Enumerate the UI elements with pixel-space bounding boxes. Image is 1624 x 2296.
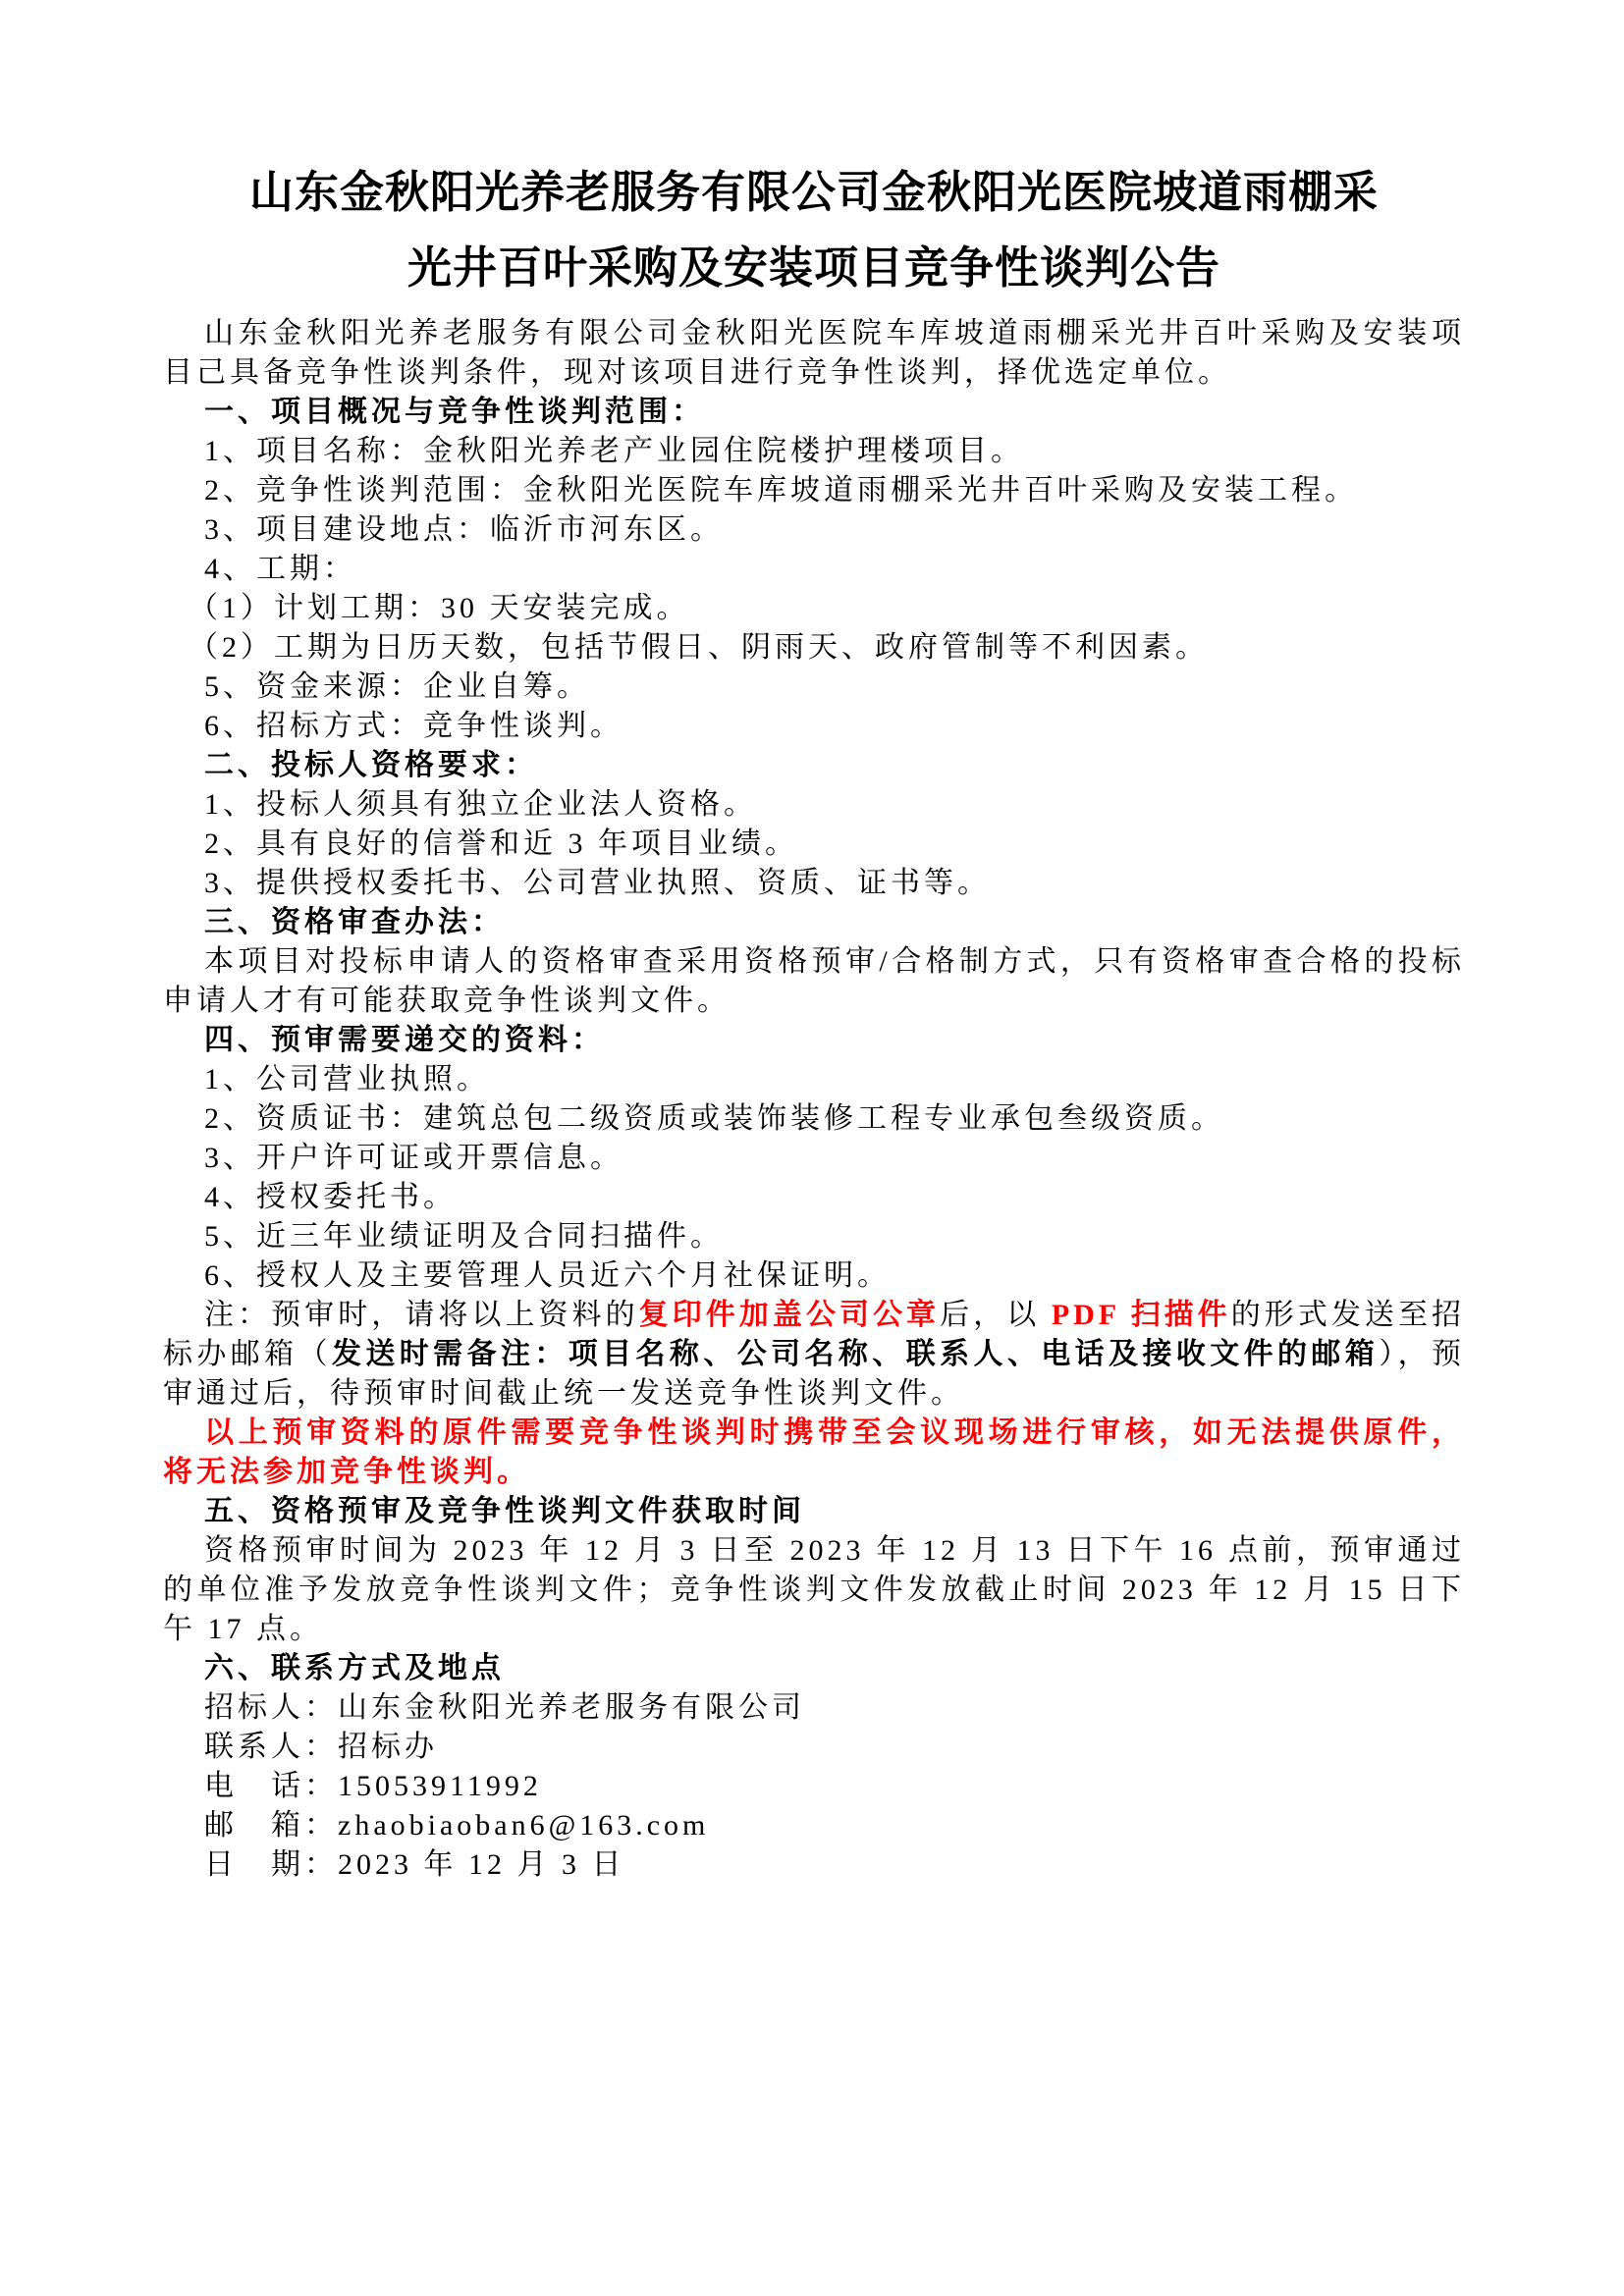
section-1-item-4-sub-1: （1）计划工期：30 天安装完成。 bbox=[163, 589, 1465, 628]
section-4-item-1: 1、公司营业执照。 bbox=[163, 1060, 1465, 1099]
section-2-item-3: 3、提供授权委托书、公司营业执照、资质、证书等。 bbox=[163, 864, 1465, 903]
section-6-heading: 六、联系方式及地点 bbox=[163, 1649, 1465, 1688]
intro-paragraph: 山东金秋阳光养老服务有限公司金秋阳光医院车库坡道雨棚采光井百叶采购及安装项目己具… bbox=[163, 314, 1465, 393]
section-5-paragraph: 资格预审时间为 2023 年 12 月 3 日至 2023 年 12 月 13 … bbox=[163, 1531, 1465, 1649]
section-2-heading: 二、投标人资格要求： bbox=[163, 746, 1465, 785]
section-4-item-6: 6、授权人及主要管理人员近六个月社保证明。 bbox=[163, 1256, 1465, 1296]
note-paragraph: 注：预审时，请将以上资料的复印件加盖公司公章后，以 PDF 扫描件的形式发送至招… bbox=[163, 1296, 1465, 1414]
warning-paragraph: 以上预审资料的原件需要竞争性谈判时携带至会议现场进行审核，如无法提供原件，将无法… bbox=[163, 1414, 1465, 1492]
section-1-item-5: 5、资金来源：企业自筹。 bbox=[163, 667, 1465, 707]
section-1-item-4: 4、工期： bbox=[163, 550, 1465, 589]
section-1-item-3: 3、项目建设地点：临沂市河东区。 bbox=[163, 510, 1465, 550]
text-segment-redbold: PDF 扫描件 bbox=[1052, 1299, 1231, 1331]
text-segment-normal: 注：预审时，请将以上资料的 bbox=[204, 1299, 639, 1331]
section-3-paragraph: 本项目对投标申请人的资格审查采用资格预审/合格制方式，只有资格审查合格的投标申请… bbox=[163, 942, 1465, 1021]
document-title-line-2: 光井百叶采购及安装项目竞争性谈判公告 bbox=[163, 231, 1465, 306]
text-segment-normal: 后，以 bbox=[940, 1299, 1052, 1331]
section-1-item-1: 1、项目名称：金秋阳光养老产业园住院楼护理楼项目。 bbox=[163, 432, 1465, 471]
section-4-item-2: 2、资质证书：建筑总包二级资质或装饰装修工程专业承包叁级资质。 bbox=[163, 1099, 1465, 1139]
contact-phone: 电 话：15053911992 bbox=[163, 1767, 1465, 1806]
section-2-item-1: 1、投标人须具有独立企业法人资格。 bbox=[163, 785, 1465, 825]
section-1-heading: 一、项目概况与竞争性谈判范围： bbox=[163, 393, 1465, 432]
section-1-item-6: 6、招标方式：竞争性谈判。 bbox=[163, 707, 1465, 746]
section-2-item-2: 2、具有良好的信誉和近 3 年项目业绩。 bbox=[163, 825, 1465, 864]
contact-email: 邮 箱：zhaobiaoban6@163.com bbox=[163, 1806, 1465, 1845]
section-4-item-5: 5、近三年业绩证明及合同扫描件。 bbox=[163, 1217, 1465, 1256]
document-page: 山东金秋阳光养老服务有限公司金秋阳光医院坡道雨棚采 光井百叶采购及安装项目竞争性… bbox=[0, 0, 1624, 2296]
section-1-item-4-sub-2: （2）工期为日历天数，包括节假日、阴雨天、政府管制等不利因素。 bbox=[163, 628, 1465, 667]
text-segment-bold: 发送时需备注：项目名称、公司名称、联系人、电话及接收文件的邮箱 bbox=[332, 1338, 1379, 1370]
section-3-heading: 三、资格审查办法： bbox=[163, 903, 1465, 942]
section-4-item-4: 4、授权委托书。 bbox=[163, 1178, 1465, 1217]
section-5-heading: 五、资格预审及竞争性谈判文件获取时间 bbox=[163, 1492, 1465, 1531]
section-1-item-2: 2、竞争性谈判范围：金秋阳光医院车库坡道雨棚采光井百叶采购及安装工程。 bbox=[163, 471, 1465, 510]
contact-person: 联系人：招标办 bbox=[163, 1728, 1465, 1767]
contact-bidder: 招标人：山东金秋阳光养老服务有限公司 bbox=[163, 1688, 1465, 1728]
document-title-line-1: 山东金秋阳光养老服务有限公司金秋阳光医院坡道雨棚采 bbox=[163, 155, 1465, 231]
document-blocks: 山东金秋阳光养老服务有限公司金秋阳光医院车库坡道雨棚采光井百叶采购及安装项目己具… bbox=[163, 314, 1465, 1885]
section-4-heading: 四、预审需要递交的资料： bbox=[163, 1021, 1465, 1060]
document-title: 山东金秋阳光养老服务有限公司金秋阳光医院坡道雨棚采 光井百叶采购及安装项目竞争性… bbox=[163, 155, 1465, 306]
section-4-item-3: 3、开户许可证或开票信息。 bbox=[163, 1139, 1465, 1178]
text-segment-redbold: 复印件加盖公司公章 bbox=[639, 1299, 940, 1331]
contact-date: 日 期：2023 年 12 月 3 日 bbox=[163, 1845, 1465, 1885]
